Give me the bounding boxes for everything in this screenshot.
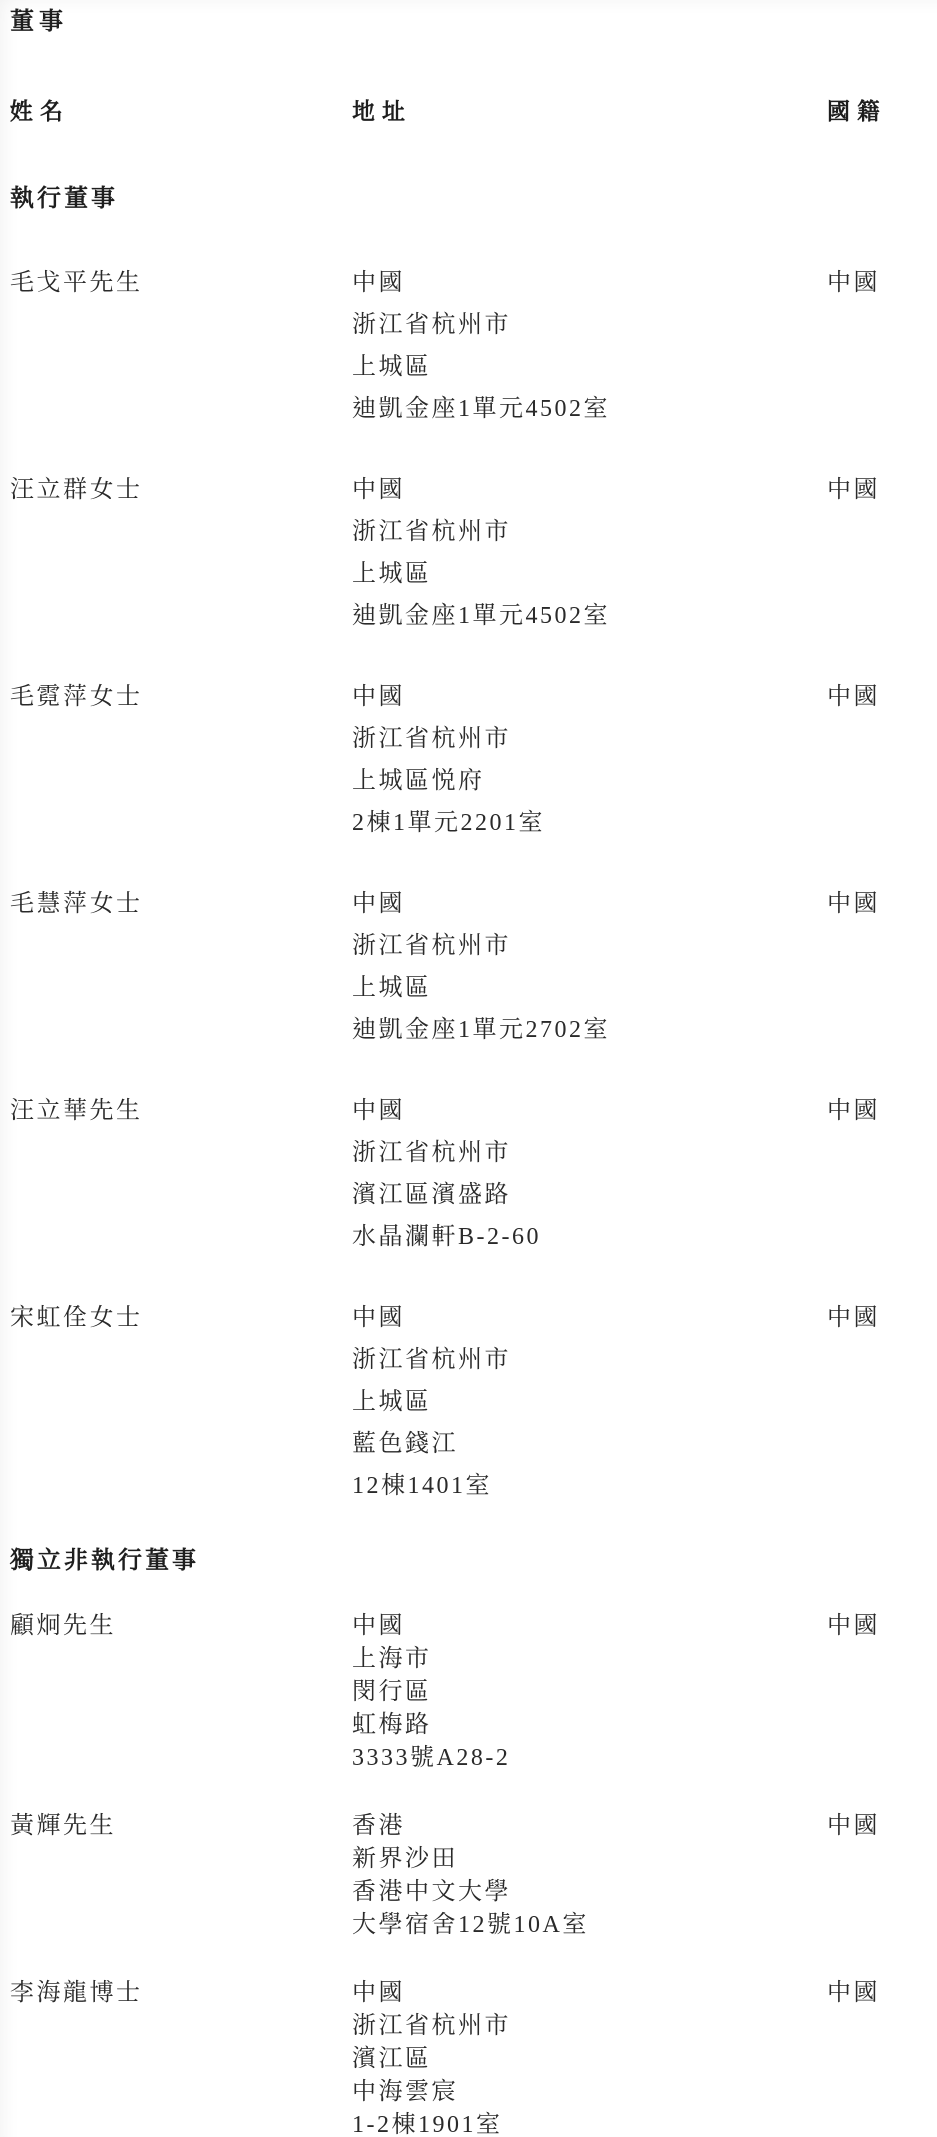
address-line: 上城區 [352, 1381, 827, 1423]
address-line: 中國 [352, 676, 827, 718]
address-line: 浙江省杭州市 [352, 1339, 827, 1381]
director-nationality: 中國 [827, 676, 937, 718]
address-line: 藍色錢江 [352, 1423, 827, 1465]
director-name: 汪立群女士 [10, 469, 352, 511]
address-line: 大學宿舍12號10A室 [352, 1909, 827, 1942]
director-name: 毛霓萍女士 [10, 676, 352, 718]
director-name: 宋虹佺女士 [10, 1297, 352, 1339]
director-nationality: 中國 [827, 1610, 937, 1643]
address-line: 中國 [352, 1297, 827, 1339]
address-line: 濱江區 [352, 2043, 827, 2076]
director-row: 顧炯先生 中國上海市閔行區虹梅路3333號A28-2 中國 [10, 1610, 937, 1775]
director-nationality: 中國 [827, 469, 937, 511]
address-line: 濱江區濱盛路 [352, 1174, 827, 1216]
address-line: 中國 [352, 262, 827, 304]
director-section: 執行董事 毛戈平先生 中國浙江省杭州市上城區迪凱金座1單元4502室 中國 汪立… [10, 183, 937, 1507]
address-line: 水晶瀾軒B-2-60 [352, 1216, 827, 1258]
director-nationality: 中國 [827, 1297, 937, 1339]
director-nationality: 中國 [827, 262, 937, 304]
address-line: 上城區悦府 [352, 760, 827, 802]
director-nationality: 中國 [827, 1977, 937, 2010]
column-header-nationality: 國籍 [827, 96, 937, 126]
section-rows: 毛戈平先生 中國浙江省杭州市上城區迪凱金座1單元4502室 中國 汪立群女士 中… [10, 262, 937, 1507]
directors-page: 董事 姓名 地址 國籍 執行董事 毛戈平先生 中國浙江省杭州市上城區迪凱金座1單… [0, 0, 937, 2137]
address-line: 中海雲宸 [352, 2076, 827, 2109]
address-line: 虹梅路 [352, 1709, 827, 1742]
address-line: 中國 [352, 1090, 827, 1132]
director-name: 李海龍博士 [10, 1977, 352, 2010]
director-name: 毛慧萍女士 [10, 883, 352, 925]
address-line: 閔行區 [352, 1676, 827, 1709]
address-line: 中國 [352, 883, 827, 925]
address-line: 浙江省杭州市 [352, 925, 827, 967]
address-line: 中國 [352, 469, 827, 511]
address-line: 中國 [352, 1977, 827, 2010]
director-section: 獨立非執行董事 顧炯先生 中國上海市閔行區虹梅路3333號A28-2 中國 黃輝… [10, 1545, 937, 2137]
address-line: 2棟1單元2201室 [352, 802, 827, 844]
address-line: 迪凱金座1單元2702室 [352, 1009, 827, 1051]
section-heading: 獨立非執行董事 [10, 1545, 937, 1577]
director-nationality: 中國 [827, 1810, 937, 1843]
director-row: 李海龍博士 中國浙江省杭州市濱江區中海雲宸1-2棟1901室 中國 [10, 1977, 937, 2137]
address-line: 上海市 [352, 1643, 827, 1676]
director-row: 宋虹佺女士 中國浙江省杭州市上城區藍色錢江12棟1401室 中國 [10, 1297, 937, 1507]
address-line: 浙江省杭州市 [352, 718, 827, 760]
director-address: 中國浙江省杭州市上城區迪凱金座1單元2702室 [352, 883, 827, 1051]
address-line: 中國 [352, 1610, 827, 1643]
director-address: 中國浙江省杭州市濱江區濱盛路水晶瀾軒B-2-60 [352, 1090, 827, 1258]
director-row: 毛慧萍女士 中國浙江省杭州市上城區迪凱金座1單元2702室 中國 [10, 883, 937, 1051]
director-nationality: 中國 [827, 1090, 937, 1132]
address-line: 迪凱金座1單元4502室 [352, 388, 827, 430]
director-row: 毛霓萍女士 中國浙江省杭州市上城區悦府2棟1單元2201室 中國 [10, 676, 937, 844]
director-address: 香港新界沙田香港中文大學大學宿舍12號10A室 [352, 1810, 827, 1942]
address-line: 浙江省杭州市 [352, 1132, 827, 1174]
address-line: 香港 [352, 1810, 827, 1843]
director-nationality: 中國 [827, 883, 937, 925]
director-name: 毛戈平先生 [10, 262, 352, 304]
address-line: 香港中文大學 [352, 1876, 827, 1909]
section-heading: 執行董事 [10, 183, 937, 215]
director-name: 汪立華先生 [10, 1090, 352, 1132]
address-line: 12棟1401室 [352, 1465, 827, 1507]
table-header-row: 姓名 地址 國籍 [10, 96, 937, 126]
address-line: 新界沙田 [352, 1843, 827, 1876]
address-line: 上城區 [352, 553, 827, 595]
director-row: 毛戈平先生 中國浙江省杭州市上城區迪凱金座1單元4502室 中國 [10, 262, 937, 430]
director-name: 顧炯先生 [10, 1610, 352, 1643]
director-row: 黃輝先生 香港新界沙田香港中文大學大學宿舍12號10A室 中國 [10, 1810, 937, 1942]
director-row: 汪立群女士 中國浙江省杭州市上城區迪凱金座1單元4502室 中國 [10, 469, 937, 637]
address-line: 上城區 [352, 967, 827, 1009]
director-address: 中國上海市閔行區虹梅路3333號A28-2 [352, 1610, 827, 1775]
director-name: 黃輝先生 [10, 1810, 352, 1843]
address-line: 浙江省杭州市 [352, 304, 827, 346]
director-address: 中國浙江省杭州市上城區迪凱金座1單元4502室 [352, 469, 827, 637]
director-address: 中國浙江省杭州市上城區悦府2棟1單元2201室 [352, 676, 827, 844]
page-title: 董事 [10, 6, 937, 38]
director-address: 中國浙江省杭州市上城區藍色錢江12棟1401室 [352, 1297, 827, 1507]
section-rows: 顧炯先生 中國上海市閔行區虹梅路3333號A28-2 中國 黃輝先生 香港新界沙… [10, 1610, 937, 2137]
director-address: 中國浙江省杭州市濱江區中海雲宸1-2棟1901室 [352, 1977, 827, 2137]
address-line: 迪凱金座1單元4502室 [352, 595, 827, 637]
address-line: 浙江省杭州市 [352, 2010, 827, 2043]
address-line: 上城區 [352, 346, 827, 388]
address-line: 3333號A28-2 [352, 1742, 827, 1775]
director-row: 汪立華先生 中國浙江省杭州市濱江區濱盛路水晶瀾軒B-2-60 中國 [10, 1090, 937, 1258]
director-sections: 執行董事 毛戈平先生 中國浙江省杭州市上城區迪凱金座1單元4502室 中國 汪立… [10, 183, 937, 2137]
address-line: 浙江省杭州市 [352, 511, 827, 553]
column-header-address: 地址 [352, 96, 827, 126]
director-address: 中國浙江省杭州市上城區迪凱金座1單元4502室 [352, 262, 827, 430]
address-line: 1-2棟1901室 [352, 2109, 827, 2137]
column-header-name: 姓名 [10, 96, 352, 126]
